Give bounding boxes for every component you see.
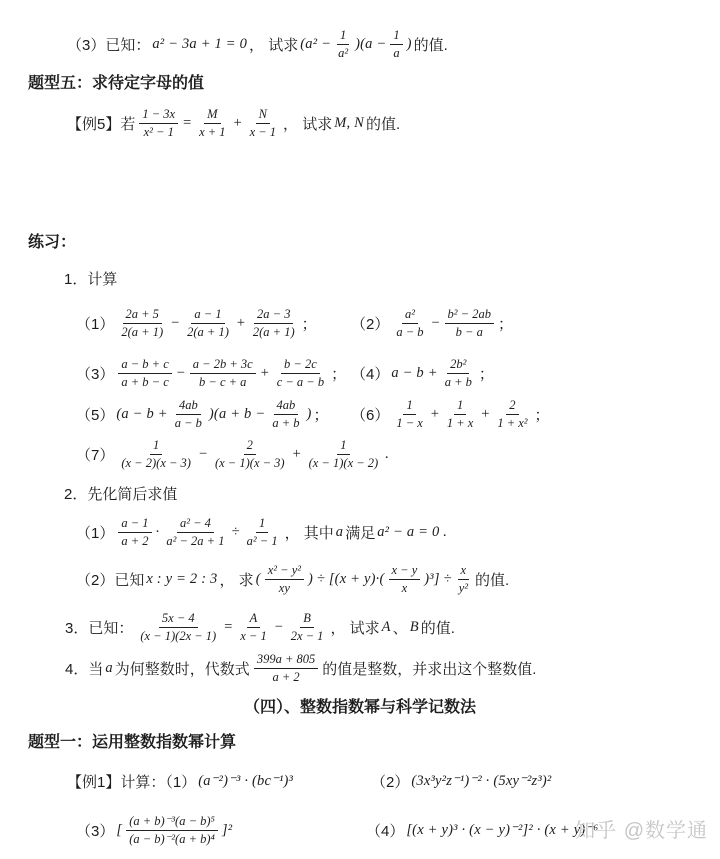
text-run: 的值. xyxy=(475,569,509,590)
denominator: a + 2 xyxy=(269,669,302,685)
example-1-item-4: （4）[(x + y)³ · (x − y)⁻²]² · (x + y)⁻⁶ xyxy=(365,820,599,841)
subheading-simplify-evaluate: 2．先化简后求值 xyxy=(64,483,720,504)
numerator: N xyxy=(256,107,270,124)
numerator: 399a + 805 xyxy=(254,652,318,669)
denominator: a + b xyxy=(269,415,302,431)
fraction: 4aba + b xyxy=(269,398,302,431)
fraction: 399a + 805a + 2 xyxy=(254,652,318,685)
math-run: + xyxy=(292,446,302,463)
math-run: a − b + xyxy=(391,365,437,382)
math-run: [ xyxy=(116,822,122,839)
math-run: (a − b + xyxy=(116,406,167,423)
heading-problem-type-5: 题型五：求待定字母的值 xyxy=(28,70,720,93)
denominator: 1 + x xyxy=(444,415,476,431)
math-run: − xyxy=(431,315,441,332)
text-run: （2） xyxy=(371,771,409,792)
text-run: （3） xyxy=(76,363,114,384)
text-run: ， 求 xyxy=(220,569,254,590)
text-run: （5） xyxy=(76,404,114,425)
text-run: （2） xyxy=(351,313,389,334)
worksheet-page: （3）已知：a² − 3a + 1 = 0， 试求(a² −1a²)(a −1a… xyxy=(0,0,720,859)
math-run: (3x³y²z⁻¹)⁻² · (5xy⁻²z³)² xyxy=(411,773,551,790)
numerator: 2b² xyxy=(447,357,469,374)
example-5-line: 【例5】若1 − 3xx² − 1=Mx + 1+Nx − 1， 试求M, N的… xyxy=(66,103,720,143)
denominator: b − c + a xyxy=(196,374,249,390)
fraction: a − 1a + 2 xyxy=(118,516,151,549)
math-run: ) xyxy=(407,36,412,53)
fraction: 4aba − b xyxy=(172,398,205,431)
math-run: ]² xyxy=(222,822,232,839)
text-run: ， 试求 xyxy=(330,617,379,638)
math-run: + xyxy=(430,406,440,423)
fraction: a² − 4a² − 2a + 1 xyxy=(163,516,227,549)
example-1-row-1: 【例1】计算：（1）(a⁻²)⁻³ · (bc⁻¹)³ （2）(3x³y²z⁻¹… xyxy=(0,768,720,794)
math-run: − xyxy=(176,365,186,382)
denominator: 2(a + 1) xyxy=(250,324,298,340)
denominator: a + b − c xyxy=(118,374,171,390)
denominator: x² − 1 xyxy=(141,124,177,140)
numerator: 1 xyxy=(454,398,466,415)
numerator: 2 xyxy=(506,398,518,415)
numerator: 2 xyxy=(244,438,256,455)
text-run: （4） xyxy=(366,820,404,841)
practice-item-2: （2）a²a − b−b² − 2abb − a； xyxy=(350,307,514,340)
heading-practice: 练习： xyxy=(28,229,720,252)
math-run: = xyxy=(182,115,192,132)
numerator: b − 2c xyxy=(281,357,320,374)
practice-row-3: （5）(a − b +4aba − b)(a + b −4aba + b)； （… xyxy=(0,395,720,433)
text-run: 3．已知： xyxy=(65,617,133,638)
math-run: a xyxy=(336,524,343,541)
subheading-calculate: 1．计算 xyxy=(64,268,720,289)
fraction: Ax − 1 xyxy=(237,611,269,644)
fraction: 21 + x² xyxy=(494,398,530,431)
denominator: (x − 1)(x − 2) xyxy=(306,455,382,471)
text-run: （1） xyxy=(76,522,114,543)
denominator: y² xyxy=(456,580,471,596)
math-run: − xyxy=(274,619,284,636)
denominator: c − a − b xyxy=(274,374,327,390)
denominator: 2x − 1 xyxy=(288,628,327,644)
numerator: a − 1 xyxy=(191,307,224,324)
math-run: ) xyxy=(307,406,312,423)
numerator: x xyxy=(458,563,470,580)
math-run: A xyxy=(382,619,391,636)
numerator: B xyxy=(300,611,314,628)
example-1-item-3: （3）[(a + b)⁻³(a − b)⁵(a − b)⁻²(a + b)⁴]² xyxy=(75,814,365,847)
practice-problem-3: 3．已知：5x − 4(x − 1)(2x − 1)=Ax − 1−B2x − … xyxy=(64,608,720,646)
text-run: 为何整数时，代数式 xyxy=(115,658,250,679)
fraction: 11 + x xyxy=(444,398,476,431)
practice-item-6: （6）11 − x+11 + x+21 + x²； xyxy=(350,398,551,431)
practice-item-5: （5）(a − b +4aba − b)(a + b −4aba + b)； xyxy=(75,398,350,431)
practice-row-1: （1）2a + 52(a + 1)−a − 12(a + 1)+2a − 32(… xyxy=(0,303,720,343)
denominator: 1 − x xyxy=(393,415,425,431)
denominator: 1 + x² xyxy=(494,415,530,431)
example-1-item-1: 【例1】计算：（1）(a⁻²)⁻³ · (bc⁻¹)³ xyxy=(66,771,370,792)
math-run: ) ÷ [(x + y)·( xyxy=(308,571,385,588)
simplify-item-1: （1）a − 1a + 2·a² − 4a² − 2a + 1÷1a² − 1，… xyxy=(75,512,720,552)
numerator: 5x − 4 xyxy=(159,611,198,628)
text-run: 的值是整数，并求出这个整数值. xyxy=(322,658,536,679)
fraction: B2x − 1 xyxy=(288,611,327,644)
math-run: a² − a = 0 . xyxy=(377,524,447,541)
fraction: a − 12(a + 1) xyxy=(184,307,232,340)
math-run: a xyxy=(105,660,112,677)
fraction: 1a xyxy=(390,28,402,61)
math-run: ÷ xyxy=(231,524,239,541)
denominator: a − b xyxy=(393,324,426,340)
fraction: 2(x − 1)(x − 3) xyxy=(212,438,288,471)
text-run: 的值. xyxy=(414,34,448,55)
denominator: x + 1 xyxy=(196,124,228,140)
denominator: (x − 1)(x − 3) xyxy=(212,455,288,471)
numerator: (a + b)⁻³(a − b)⁵ xyxy=(126,814,218,831)
practice-item-3: （3）a − b + ca + b − c−a − 2b + 3cb − c +… xyxy=(75,357,350,390)
numerator: 2a − 3 xyxy=(254,307,293,324)
numerator: 1 xyxy=(337,28,349,45)
numerator: 1 xyxy=(337,438,349,455)
text-run: 的值. xyxy=(366,113,400,134)
text-run: ， 试求 xyxy=(283,113,332,134)
fraction: 11 − x xyxy=(393,398,425,431)
fraction: (a + b)⁻³(a − b)⁵(a − b)⁻²(a + b)⁴ xyxy=(126,814,218,847)
text-run: 【例5】若 xyxy=(67,113,135,134)
text-run: （3） xyxy=(76,820,114,841)
math-run: )³] ÷ xyxy=(424,571,451,588)
fraction: 5x − 4(x − 1)(2x − 1) xyxy=(137,611,219,644)
text-run: （1） xyxy=(76,313,114,334)
denominator: a² − 2a + 1 xyxy=(163,533,227,549)
numerator: a − 1 xyxy=(118,516,151,533)
fraction: 1 − 3xx² − 1 xyxy=(139,107,178,140)
math-run: x : y = 2 : 3 xyxy=(146,571,217,588)
practice-row-2: （3）a − b + ca + b − c−a − 2b + 3cb − c +… xyxy=(0,353,720,393)
heading-section-4: （四）、整数指数幂与科学记数法 xyxy=(0,694,720,717)
text-run: ； xyxy=(302,313,317,334)
math-run: )(a − xyxy=(355,36,386,53)
practice-item-7: （7）1(x − 2)(x − 3)−2(x − 1)(x − 3)+1(x −… xyxy=(75,435,720,473)
text-run: ， 试求 xyxy=(249,34,298,55)
text-run: 4．当 xyxy=(65,658,103,679)
example-1-item-2: （2）(3x³y²z⁻¹)⁻² · (5xy⁻²z³)² xyxy=(370,771,552,792)
numerator: x − y xyxy=(389,563,421,580)
text-run: ； xyxy=(535,404,550,425)
numerator: M xyxy=(204,107,220,124)
text-run: ； xyxy=(498,313,513,334)
math-run: B xyxy=(410,619,419,636)
numerator: 1 xyxy=(256,516,268,533)
numerator: a² xyxy=(402,307,418,324)
numerator: 1 xyxy=(150,438,162,455)
fraction: xy² xyxy=(456,563,471,596)
numerator: x² − y² xyxy=(265,563,304,580)
fraction: 1(x − 1)(x − 2) xyxy=(306,438,382,471)
denominator: x xyxy=(399,580,411,596)
fraction: 1a² − 1 xyxy=(244,516,281,549)
math-run: − xyxy=(170,315,180,332)
math-run: (a² − xyxy=(300,36,331,53)
fraction: Nx − 1 xyxy=(247,107,279,140)
numerator: a − b + c xyxy=(118,357,171,374)
denominator: a² xyxy=(335,45,351,61)
denominator: b − a xyxy=(453,324,486,340)
text-run: ， 其中 xyxy=(285,522,334,543)
math-run: (a⁻²)⁻³ · (bc⁻¹)³ xyxy=(198,773,293,790)
text-run: （6） xyxy=(351,404,389,425)
zhihu-watermark: 知乎 @数学通 xyxy=(575,814,708,843)
practice-item-4: （4）a − b +2b²a + b； xyxy=(350,357,495,390)
fraction: 2a + 52(a + 1) xyxy=(118,307,166,340)
numerator: 1 xyxy=(390,28,402,45)
text-run: （4） xyxy=(351,363,389,384)
fraction: 1(x − 2)(x − 3) xyxy=(118,438,194,471)
denominator: a + 2 xyxy=(118,533,151,549)
math-run: + xyxy=(260,365,270,382)
text-run: （2）已知 xyxy=(76,569,144,590)
fraction: x − yx xyxy=(389,563,421,596)
denominator: x − 1 xyxy=(247,124,279,140)
denominator: (a − b)⁻²(a + b)⁴ xyxy=(126,831,218,847)
fraction: b² − 2abb − a xyxy=(445,307,494,340)
math-run: ( xyxy=(256,571,261,588)
fraction: 2a − 32(a + 1) xyxy=(250,307,298,340)
simplify-item-2: （2）已知x : y = 2 : 3， 求(x² − y²xy) ÷ [(x +… xyxy=(75,558,720,600)
math-run: − xyxy=(198,446,208,463)
text-run: 的值. xyxy=(421,617,455,638)
fraction: a²a − b xyxy=(393,307,426,340)
math-run: + xyxy=(236,315,246,332)
numerator: b² − 2ab xyxy=(445,307,494,324)
text-run: 满足 xyxy=(345,522,375,543)
text-run: 、 xyxy=(393,617,408,638)
heading-problem-type-1: 题型一：运用整数指数幂计算 xyxy=(28,729,720,752)
denominator: a + b xyxy=(442,374,475,390)
text-run: （3）已知： xyxy=(67,34,150,55)
fraction: 1a² xyxy=(335,28,351,61)
denominator: (x − 1)(2x − 1) xyxy=(137,628,219,644)
numerator: 2a + 5 xyxy=(123,307,162,324)
math-run: · xyxy=(156,524,160,541)
text-run: ； xyxy=(479,363,494,384)
math-run: = xyxy=(223,619,233,636)
math-run: [(x + y)³ · (x − y)⁻²]² · (x + y)⁻⁶ xyxy=(406,822,598,839)
text-run: ； xyxy=(331,363,346,384)
text-run: （7） xyxy=(76,444,114,465)
numerator: a − 2b + 3c xyxy=(190,357,256,374)
denominator: a² − 1 xyxy=(244,533,281,549)
fraction: 2b²a + b xyxy=(442,357,475,390)
denominator: 2(a + 1) xyxy=(118,324,166,340)
practice-problem-4: 4．当a为何整数时，代数式399a + 805a + 2的值是整数，并求出这个整… xyxy=(64,650,720,686)
denominator: a xyxy=(390,45,402,61)
practice-item-1: （1）2a + 52(a + 1)−a − 12(a + 1)+2a − 32(… xyxy=(75,307,350,340)
text-run: ； xyxy=(314,404,329,425)
fraction: b − 2cc − a − b xyxy=(274,357,327,390)
math-run: + xyxy=(233,115,243,132)
denominator: xy xyxy=(276,580,293,596)
numerator: 1 − 3x xyxy=(139,107,178,124)
math-run: . xyxy=(385,446,389,463)
math-run: M, N xyxy=(334,115,364,132)
numerator: 4ab xyxy=(176,398,201,415)
denominator: (x − 2)(x − 3) xyxy=(118,455,194,471)
denominator: 2(a + 1) xyxy=(184,324,232,340)
text-run: 【例1】计算：（1） xyxy=(67,771,196,792)
fraction: a − b + ca + b − c xyxy=(118,357,171,390)
denominator: x − 1 xyxy=(237,628,269,644)
fraction: Mx + 1 xyxy=(196,107,228,140)
denominator: a − b xyxy=(172,415,205,431)
math-run: + xyxy=(480,406,490,423)
math-run: a² − 3a + 1 = 0 xyxy=(152,36,247,53)
numerator: 1 xyxy=(403,398,415,415)
problem-3-line: （3）已知：a² − 3a + 1 = 0， 试求(a² −1a²)(a −1a… xyxy=(66,26,720,62)
numerator: A xyxy=(247,611,261,628)
math-run: )(a + b − xyxy=(209,406,265,423)
numerator: a² − 4 xyxy=(177,516,214,533)
fraction: a − 2b + 3cb − c + a xyxy=(190,357,256,390)
fraction: x² − y²xy xyxy=(265,563,304,596)
numerator: 4ab xyxy=(274,398,299,415)
